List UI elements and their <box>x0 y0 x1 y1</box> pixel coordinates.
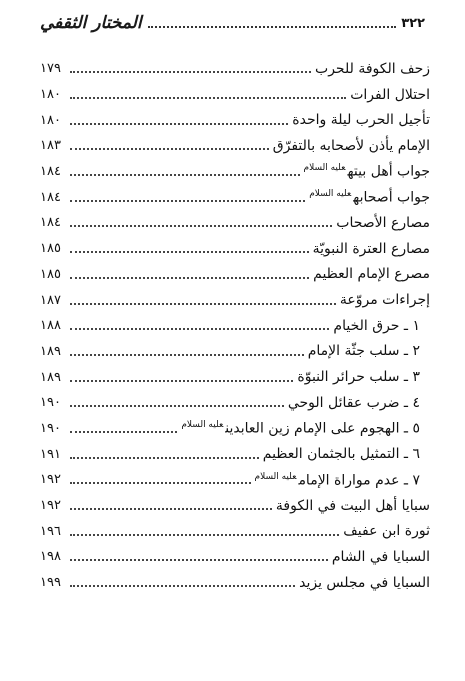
toc-entry-title: الإمام يأذن لأصحابه بالتفرّق <box>273 139 430 153</box>
toc-entry-page: ١٨٩ <box>40 370 66 385</box>
toc-entry-title-text: ٥ ـ الهجوم على الإمام زين العابدين <box>225 421 420 437</box>
toc-entry-title: مصرع الإمام العظيم <box>313 267 430 281</box>
toc-entry-title: ١ ـ حرق الخيام <box>333 319 420 333</box>
toc-entry-title: احتلال الفرات <box>350 88 430 102</box>
toc-entry-title-text: زحف الكوفة للحرب <box>315 61 430 77</box>
honorific-icon: عليه السلام <box>304 163 346 173</box>
dot-leader <box>70 97 346 99</box>
toc-entry[interactable]: جواب أصحابهعليه السلام١٨٤ <box>40 184 430 210</box>
toc-entry-page: ١٩٠ <box>40 395 66 410</box>
toc-entry[interactable]: ثورة ابن عفيف١٩٦ <box>40 518 430 544</box>
toc-entry-title: ٦ ـ التمثيل بالجثمان العظيم <box>263 447 420 461</box>
toc-entry-title-text: الإمام يأذن لأصحابه بالتفرّق <box>273 138 430 154</box>
toc-entry-page: ١٨٧ <box>40 293 66 308</box>
toc-entry-page: ١٩٠ <box>40 421 66 436</box>
toc-entry-page: ١٩٩ <box>40 575 66 590</box>
toc-entry-page: ١٨٤ <box>40 164 66 179</box>
dot-leader <box>70 585 295 587</box>
toc-entry-title: زحف الكوفة للحرب <box>315 62 430 76</box>
toc-entry[interactable]: السبايا في مجلس يزيد١٩٩ <box>40 570 430 596</box>
toc-entry-title: جواب أصحابهعليه السلام <box>309 190 430 205</box>
dot-leader <box>70 71 311 73</box>
running-header: المختار الثقفي ٣٢٢ <box>40 8 425 38</box>
toc-entry-page: ١٨٤ <box>40 215 66 230</box>
toc-entry-title-text: مصرع الإمام العظيم <box>313 266 430 282</box>
dot-leader <box>70 559 328 561</box>
dot-leader <box>70 225 332 227</box>
toc-entry[interactable]: ٥ ـ الهجوم على الإمام زين العابدينعليه ا… <box>40 416 430 442</box>
toc-entry-page: ١٨٤ <box>40 190 66 205</box>
dot-leader <box>70 508 272 510</box>
dot-leader <box>70 174 300 176</box>
toc-entry-title: إجراءات مروّعة <box>340 293 430 307</box>
dot-leader <box>70 482 251 484</box>
dot-leader <box>70 328 329 330</box>
toc-entry[interactable]: مصرع الإمام العظيم١٨٥ <box>40 262 430 288</box>
toc-entry-title: ٢ ـ سلب جثّة الإمام <box>308 344 420 358</box>
toc-entry-title-text: إجراءات مروّعة <box>340 292 430 308</box>
toc-entry-title-text: ١ ـ حرق الخيام <box>333 318 420 334</box>
toc-entry-title-text: ٤ ـ ضرب عقائل الوحي <box>288 395 420 411</box>
toc-entry[interactable]: ٣ ـ سلب حرائر النبوّة١٨٩ <box>40 364 430 390</box>
toc-entry-title: تأجيل الحرب ليلة واحدة <box>292 113 430 127</box>
toc-entry-title: السبايا في الشام <box>332 550 430 564</box>
dot-leader <box>70 380 293 382</box>
toc-entry-page: ١٨٣ <box>40 138 66 153</box>
toc-entry[interactable]: السبايا في الشام١٩٨ <box>40 544 430 570</box>
page-number: ٣٢٢ <box>398 16 425 31</box>
toc-entry[interactable]: جواب أهل بيتهعليه السلام١٨٤ <box>40 159 430 185</box>
toc-entry-title: ٤ ـ ضرب عقائل الوحي <box>288 396 420 410</box>
toc-entry-page: ١٨٥ <box>40 267 66 282</box>
toc-entry-page: ١٩٨ <box>40 549 66 564</box>
toc-entry-title: ٣ ـ سلب حرائر النبوّة <box>297 370 420 384</box>
toc-entry-title: ٧ ـ عدم مواراة الإمامعليه السلام <box>255 473 421 488</box>
dot-leader <box>70 405 284 407</box>
toc-entry[interactable]: ٤ ـ ضرب عقائل الوحي١٩٠ <box>40 390 430 416</box>
toc-entry[interactable]: ٢ ـ سلب جثّة الإمام١٨٩ <box>40 339 430 365</box>
toc-entry-title-text: احتلال الفرات <box>350 87 430 103</box>
dot-leader <box>70 200 305 202</box>
dot-leader <box>148 25 397 28</box>
book-page: المختار الثقفي ٣٢٢ زحف الكوفة للحرب١٧٩اح… <box>0 0 465 681</box>
dot-leader <box>70 148 269 150</box>
toc-entry-title-text: السبايا في الشام <box>332 549 430 565</box>
toc-entry-title: سبايا أهل البيت في الكوفة <box>276 499 430 513</box>
dot-leader <box>70 534 339 536</box>
toc-entry[interactable]: سبايا أهل البيت في الكوفة١٩٢ <box>40 493 430 519</box>
toc-entry-title-text: سبايا أهل البيت في الكوفة <box>276 498 430 514</box>
toc-entry-page: ١٩١ <box>40 447 66 462</box>
toc-entry[interactable]: ١ ـ حرق الخيام١٨٨ <box>40 313 430 339</box>
toc-entry[interactable]: ٧ ـ عدم مواراة الإمامعليه السلام١٩٢ <box>40 467 430 493</box>
honorific-icon: عليه السلام <box>255 472 297 482</box>
toc-entry-title-text: ٢ ـ سلب جثّة الإمام <box>308 343 420 359</box>
toc-entry[interactable]: الإمام يأذن لأصحابه بالتفرّق١٨٣ <box>40 133 430 159</box>
toc-entry-page: ١٩٦ <box>40 524 66 539</box>
dot-leader <box>70 457 259 459</box>
toc-entry-page: ١٨٠ <box>40 87 66 102</box>
toc-entry-title-text: جواب أصحابه <box>353 190 430 206</box>
toc-entry-title: السبايا في مجلس يزيد <box>299 576 430 590</box>
toc-entry-title: جواب أهل بيتهعليه السلام <box>304 164 430 179</box>
toc-entry-title: ٥ ـ الهجوم على الإمام زين العابدينعليه ا… <box>181 421 420 436</box>
toc-entry-title-text: ٦ ـ التمثيل بالجثمان العظيم <box>263 446 420 462</box>
dot-leader <box>70 354 304 356</box>
toc-entry-title-text: ٣ ـ سلب حرائر النبوّة <box>297 369 420 385</box>
toc-entry[interactable]: احتلال الفرات١٨٠ <box>40 82 430 108</box>
toc-entry[interactable]: إجراءات مروّعة١٨٧ <box>40 287 430 313</box>
toc-entry-page: ١٨٠ <box>40 113 66 128</box>
toc-entry[interactable]: مصارع الأصحاب١٨٤ <box>40 210 430 236</box>
toc-entry-title-text: تأجيل الحرب ليلة واحدة <box>292 112 430 128</box>
toc-entry-title-text: مصارع العترة النبويّة <box>313 241 430 257</box>
toc-entry-title: مصارع العترة النبويّة <box>313 242 430 256</box>
honorific-icon: عليه السلام <box>309 189 351 199</box>
toc-entry-page: ١٩٢ <box>40 498 66 513</box>
dot-leader <box>70 431 177 433</box>
toc-entry-page: ١٧٩ <box>40 61 66 76</box>
toc-entry-page: ١٨٥ <box>40 241 66 256</box>
dot-leader <box>70 303 336 305</box>
toc-entry-page: ١٩٢ <box>40 472 66 487</box>
toc-entry[interactable]: زحف الكوفة للحرب١٧٩ <box>40 56 430 82</box>
toc-entry-title: ثورة ابن عفيف <box>343 524 430 538</box>
toc-entry[interactable]: مصارع العترة النبويّة١٨٥ <box>40 236 430 262</box>
toc-entry-title-text: ثورة ابن عفيف <box>343 523 430 539</box>
honorific-icon: عليه السلام <box>181 420 223 430</box>
table-of-contents: زحف الكوفة للحرب١٧٩احتلال الفرات١٨٠تأجيل… <box>40 56 430 595</box>
toc-entry-title-text: ٧ ـ عدم مواراة الإمام <box>298 472 420 488</box>
toc-entry-title-text: مصارع الأصحاب <box>336 215 430 231</box>
toc-entry-title: مصارع الأصحاب <box>336 216 430 230</box>
dot-leader <box>70 251 309 253</box>
dot-leader <box>70 277 309 279</box>
dot-leader <box>70 123 288 125</box>
toc-entry-title-text: السبايا في مجلس يزيد <box>299 575 430 591</box>
toc-entry-page: ١٨٩ <box>40 344 66 359</box>
toc-entry[interactable]: ٦ ـ التمثيل بالجثمان العظيم١٩١ <box>40 441 430 467</box>
toc-entry[interactable]: تأجيل الحرب ليلة واحدة١٨٠ <box>40 107 430 133</box>
toc-entry-title-text: جواب أهل بيته <box>347 164 430 180</box>
book-title: المختار الثقفي <box>40 13 146 33</box>
toc-entry-page: ١٨٨ <box>40 318 66 333</box>
